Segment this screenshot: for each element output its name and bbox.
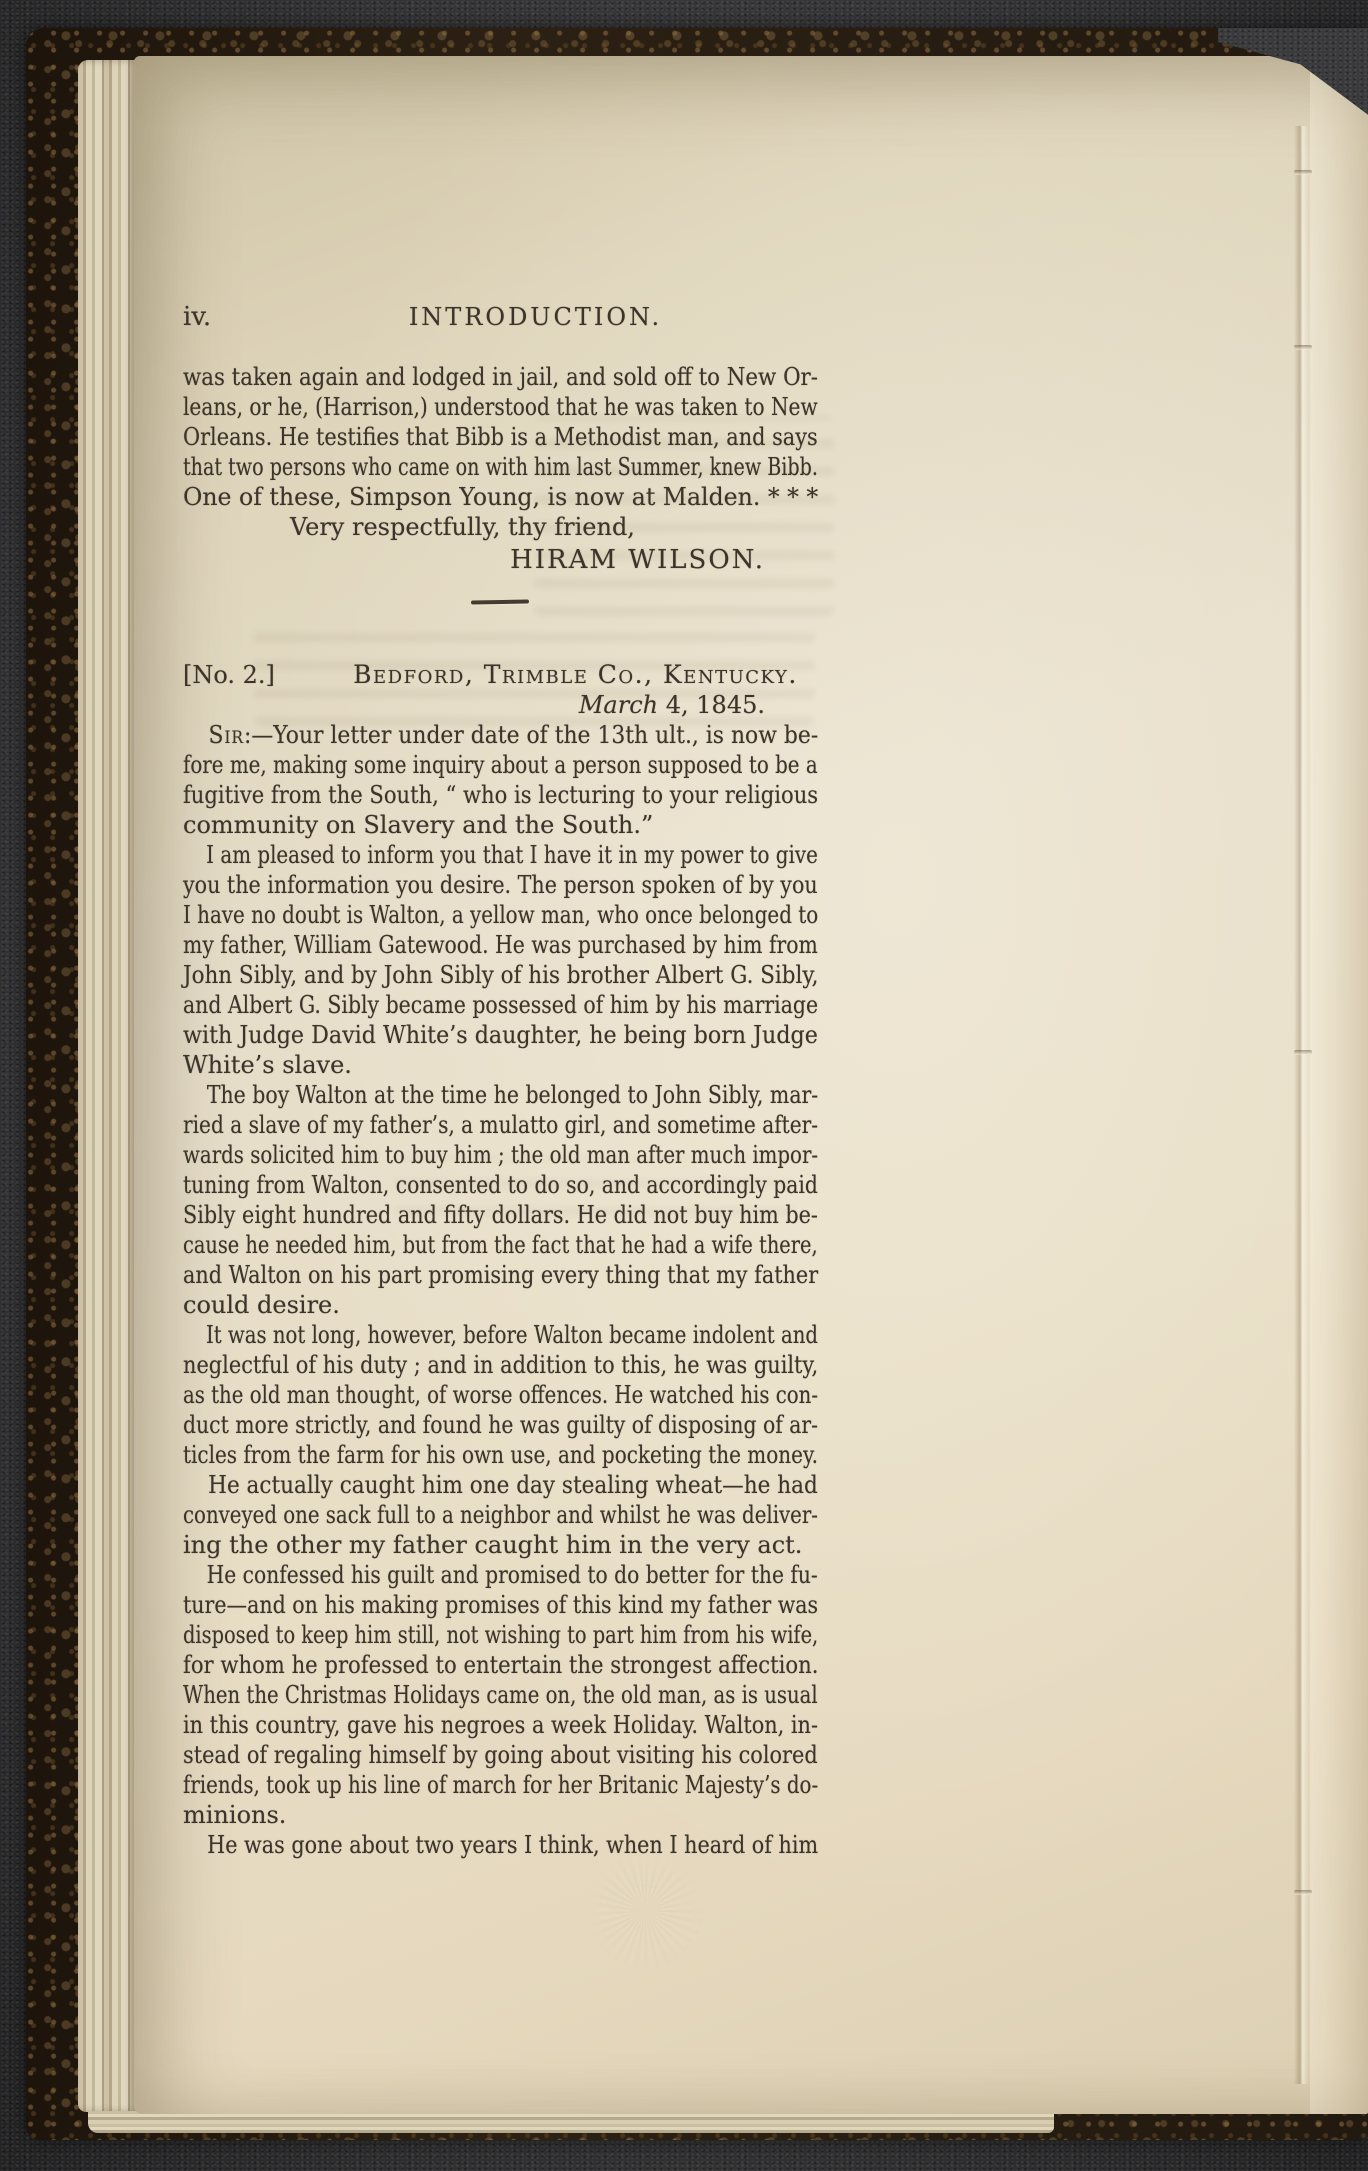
small-caps-word: Sir bbox=[209, 721, 245, 749]
text-line: Orleans. He testifies that Bibb is a Met… bbox=[183, 422, 818, 452]
text-line: wards solicited him to buy him ; the old… bbox=[183, 1140, 818, 1170]
text-line: that two persons who came on with him la… bbox=[183, 452, 818, 482]
page-number: iv. bbox=[183, 302, 333, 332]
text-line: and Walton on his part promising every t… bbox=[183, 1260, 818, 1290]
section-separator bbox=[471, 599, 529, 604]
text-line: Sibly eight hundred and fifty dollars. H… bbox=[183, 1200, 818, 1230]
page-right-margin-strip bbox=[1310, 56, 1368, 2114]
text-line: ture—and on his making promises of this … bbox=[183, 1590, 818, 1620]
letter-place-line: Bedford, Trimble Co., Kentucky. bbox=[333, 660, 818, 690]
text-line: stead of regaling himself by going about… bbox=[183, 1740, 818, 1770]
text-line: and Albert G. Sibly became possessed of … bbox=[183, 990, 818, 1020]
text-line: I have no doubt is Walton, a yellow man,… bbox=[183, 900, 818, 930]
page-edges-bottom bbox=[88, 2111, 1054, 2133]
text-line: He was gone about two years I think, whe… bbox=[183, 1830, 818, 1860]
stitch-notch bbox=[1294, 1890, 1312, 1895]
text-line: conveyed one sack full to a neighbor and… bbox=[183, 1500, 818, 1530]
letter-number-label: [No. 2.] bbox=[183, 660, 333, 690]
signature-line: HIRAM WILSON. bbox=[183, 545, 818, 575]
text-line: White’s slave. bbox=[183, 1050, 352, 1080]
text-line: ried a slave of my father’s, a mulatto g… bbox=[183, 1110, 818, 1140]
text-line: you the information you desire. The pers… bbox=[183, 870, 818, 900]
letter-continuation: was taken again and lodged in jail, and … bbox=[183, 362, 818, 512]
text-line: ticles from the farm for his own use, an… bbox=[183, 1440, 818, 1470]
text-line: fore me, making some inquiry about a per… bbox=[183, 750, 818, 780]
text-line: ing the other my father caught him in th… bbox=[183, 1530, 802, 1560]
text-line: minions. bbox=[183, 1800, 286, 1830]
text-line: duct more strictly, and found he was gui… bbox=[183, 1410, 818, 1440]
text-line: He confessed his guilt and promised to d… bbox=[183, 1560, 818, 1590]
letter-body: Sir:—Your letter under date of the 13th … bbox=[183, 720, 818, 1860]
stitch-notch bbox=[1294, 345, 1312, 350]
book-page: iv. INTRODUCTION. was taken again and lo… bbox=[134, 56, 1368, 2114]
valediction-line: Very respectfully, thy friend, bbox=[183, 512, 818, 542]
text-line: in this country, gave his negroes a week… bbox=[183, 1710, 818, 1740]
stitch-notch bbox=[1294, 1050, 1312, 1055]
text-line: with Judge David White’s daughter, he be… bbox=[183, 1020, 818, 1050]
text-line: neglectful of his duty ; and in addition… bbox=[183, 1350, 818, 1380]
text-line: could desire. bbox=[183, 1290, 340, 1320]
text-line: as the old man thought, of worse offence… bbox=[183, 1380, 818, 1410]
text-line: my father, William Gatewood. He was purc… bbox=[183, 930, 818, 960]
running-head: iv. INTRODUCTION. bbox=[183, 302, 818, 332]
text-line: The boy Walton at the time he belonged t… bbox=[183, 1080, 818, 1110]
text-line: He actually caught him one day stealing … bbox=[183, 1470, 818, 1500]
text-line: One of these, Simpson Young, is now at M… bbox=[183, 482, 818, 512]
page-edges-left bbox=[78, 60, 138, 2112]
text-line: When the Christmas Holidays came on, the… bbox=[183, 1680, 818, 1710]
text-line: friends, took up his line of march for h… bbox=[183, 1770, 818, 1800]
letter-date-line: March 4, 1845. bbox=[183, 690, 818, 720]
text-line: community on Slavery and the South.” bbox=[183, 810, 653, 840]
text-line: disposed to keep him still, not wishing … bbox=[183, 1620, 818, 1650]
stitch-notch bbox=[1294, 170, 1312, 175]
text-line: fugitive from the South, “ who is lectur… bbox=[183, 780, 818, 810]
text-line: was taken again and lodged in jail, and … bbox=[183, 362, 818, 392]
date-rest: 4, 1845. bbox=[658, 691, 765, 719]
scanned-book-photo: iv. INTRODUCTION. was taken again and lo… bbox=[0, 0, 1368, 2171]
text-line: Sir:—Your letter under date of the 13th … bbox=[183, 720, 818, 750]
text-line: John Sibly, and by John Sibly of his bro… bbox=[183, 960, 818, 990]
page-crease bbox=[1294, 126, 1308, 2084]
text-line: for whom he professed to entertain the s… bbox=[183, 1650, 818, 1680]
printed-page-content: iv. INTRODUCTION. was taken again and lo… bbox=[183, 56, 818, 2114]
book-cover-edge: iv. INTRODUCTION. was taken again and lo… bbox=[26, 28, 1368, 2140]
running-header: INTRODUCTION. bbox=[333, 302, 738, 332]
text-line: cause he needed him, but from the fact t… bbox=[183, 1230, 818, 1260]
letter-heading: [No. 2.] Bedford, Trimble Co., Kentucky. bbox=[183, 660, 818, 690]
text-line: tuning from Walton, consented to do so, … bbox=[183, 1170, 818, 1200]
text-line: I am pleased to inform you that I have i… bbox=[183, 840, 818, 870]
text-line: It was not long, however, before Walton … bbox=[183, 1320, 818, 1350]
date-month: March bbox=[579, 691, 658, 719]
text-line: leans, or he, (Harrison,) understood tha… bbox=[183, 392, 818, 422]
